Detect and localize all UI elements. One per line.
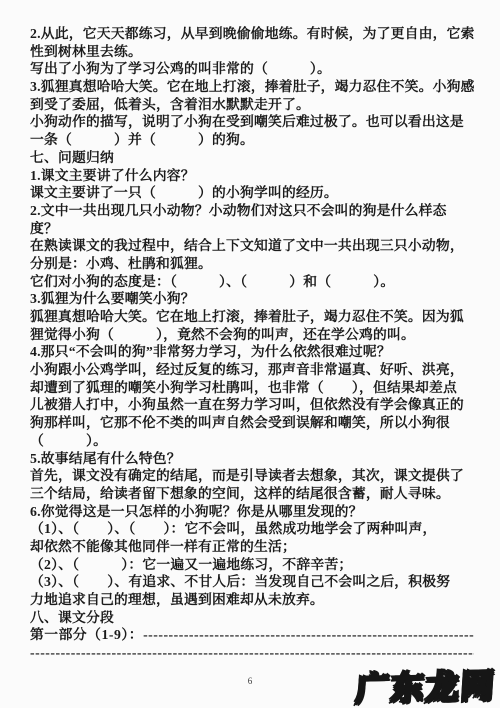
text-line-23: 狗那样叫，它那不伦不类的叫声自然会受到误解和嘲笑，所以小狗很: [30, 414, 474, 432]
text-line-28: 6.你觉得这是一只怎样的小狗呢？你是从哪里发现的？: [30, 503, 474, 521]
text-line-2: 性到树林里去练。: [30, 43, 474, 61]
text-line-20: 小狗跟小公鸡学叫，经过反复的练习，那声音非常逼真、好听、洪亮，: [30, 361, 474, 379]
text-line-15: 它们对小狗的态度是：（ ）、（ ）和（ ）。: [30, 273, 474, 291]
text-line-17: 狐狸真想哈哈大笑。它在地上打滚，捧着肚子，竭力忍住不笑。因为狐: [30, 308, 474, 326]
text-line-14: 分别是：小鸡、杜鹃和狐狸。: [30, 255, 474, 273]
text-line-18: 狸觉得小狗（ ），竟然不会狗的叫声，还在学公鸡的叫。: [30, 326, 474, 344]
watermark-logo: 广东龙网: [355, 660, 498, 708]
text-line-25: 5.故事结尾有什么特色？: [30, 450, 474, 468]
text-line-9: 1.课文主要讲了什么内容？: [30, 167, 474, 185]
text-line-22: 儿被猎人打中，小狗虽然一直在努力学习叫，但依然没有学会像真正的: [30, 396, 474, 414]
text-line-19: 4.那只“不会叫的狗”非常努力学习，为什么依然很难过呢？: [30, 343, 474, 361]
section-heading-7: 七、问题归纳: [30, 149, 474, 167]
fill-in-blank-line-2: ----------------------------------------…: [30, 644, 474, 662]
section-heading-8: 八、课文分段: [30, 609, 474, 627]
text-line-13: 在熟读课文的我过程中，结合上下文知道了文中一共出现三只小动物，: [30, 237, 474, 255]
text-line-21: 却遭到了狐理的嘲笑小狗学习杜鹃叫，也非常（ ），但结果却差点: [30, 379, 474, 397]
text-line-6: 小狗动作的描写，说明了小狗在受到嘲笑后难过极了。也可以看出这是: [30, 113, 474, 131]
text-line-12: 度？: [30, 220, 474, 238]
text-line-7: 一条（ ）并（ ）的狗。: [30, 131, 474, 149]
text-line-30: 却依然不能像其他同伴一样有正常的生活；: [30, 538, 474, 556]
text-line-4: 3.狐狸真想哈哈大笑。它在地上打滚，捧着肚子，竭力忍住不笑。小狗感: [30, 78, 474, 96]
text-line-3: 写出了小狗为了学习公鸡的叫非常的（ ）。: [30, 60, 474, 78]
worksheet-text: 2.从此，它天天都练习，从早到晚偷偷地练。有时候，为了更自由，它索 性到树林里去…: [30, 25, 474, 662]
text-line-5: 到受了委屈，低着头，含着泪水默默走开了。: [30, 96, 474, 114]
text-line-33: 力地追求自己的理想，虽遇到困难却从未放弃。: [30, 591, 474, 609]
text-line-1: 2.从此，它天天都练习，从早到晚偷偷地练。有时候，为了更自由，它索: [30, 25, 474, 43]
worksheet-page: 2.从此，它天天都练习，从早到晚偷偷地练。有时候，为了更自由，它索 性到树林里去…: [0, 0, 500, 708]
text-line-16: 3.狐狸为什么要嘲笑小狗？: [30, 290, 474, 308]
text-line-27: 三个结局，给读者留下想象的空间，这样的结尾很含蓄，耐人寻味。: [30, 485, 474, 503]
text-line-29: （1）、（ ）、（ ）：它不会叫，虽然成功地学会了两种叫声，: [30, 520, 474, 538]
text-line-32: （3）、（ ）、有追求、不甘人后：当发现自己不会叫之后，积极努: [30, 573, 474, 591]
fill-in-blank-line-1: 第一部分（1-9）：------------------------------…: [30, 626, 474, 644]
text-line-11: 2.文中一共出现几只小动物？小动物们对这只不会叫的狗是什么样态: [30, 202, 474, 220]
text-line-31: （2）、（ ）：它一遍又一遍地练习，不辞辛苦；: [30, 556, 474, 574]
text-line-10: 课文主要讲了一只（ ）的小狗学叫的经历。: [30, 184, 474, 202]
text-line-26: 首先，课文没有确定的结尾，而是引导读者去想象，其次，课文提供了: [30, 467, 474, 485]
text-line-24: （ ）。: [30, 432, 474, 450]
